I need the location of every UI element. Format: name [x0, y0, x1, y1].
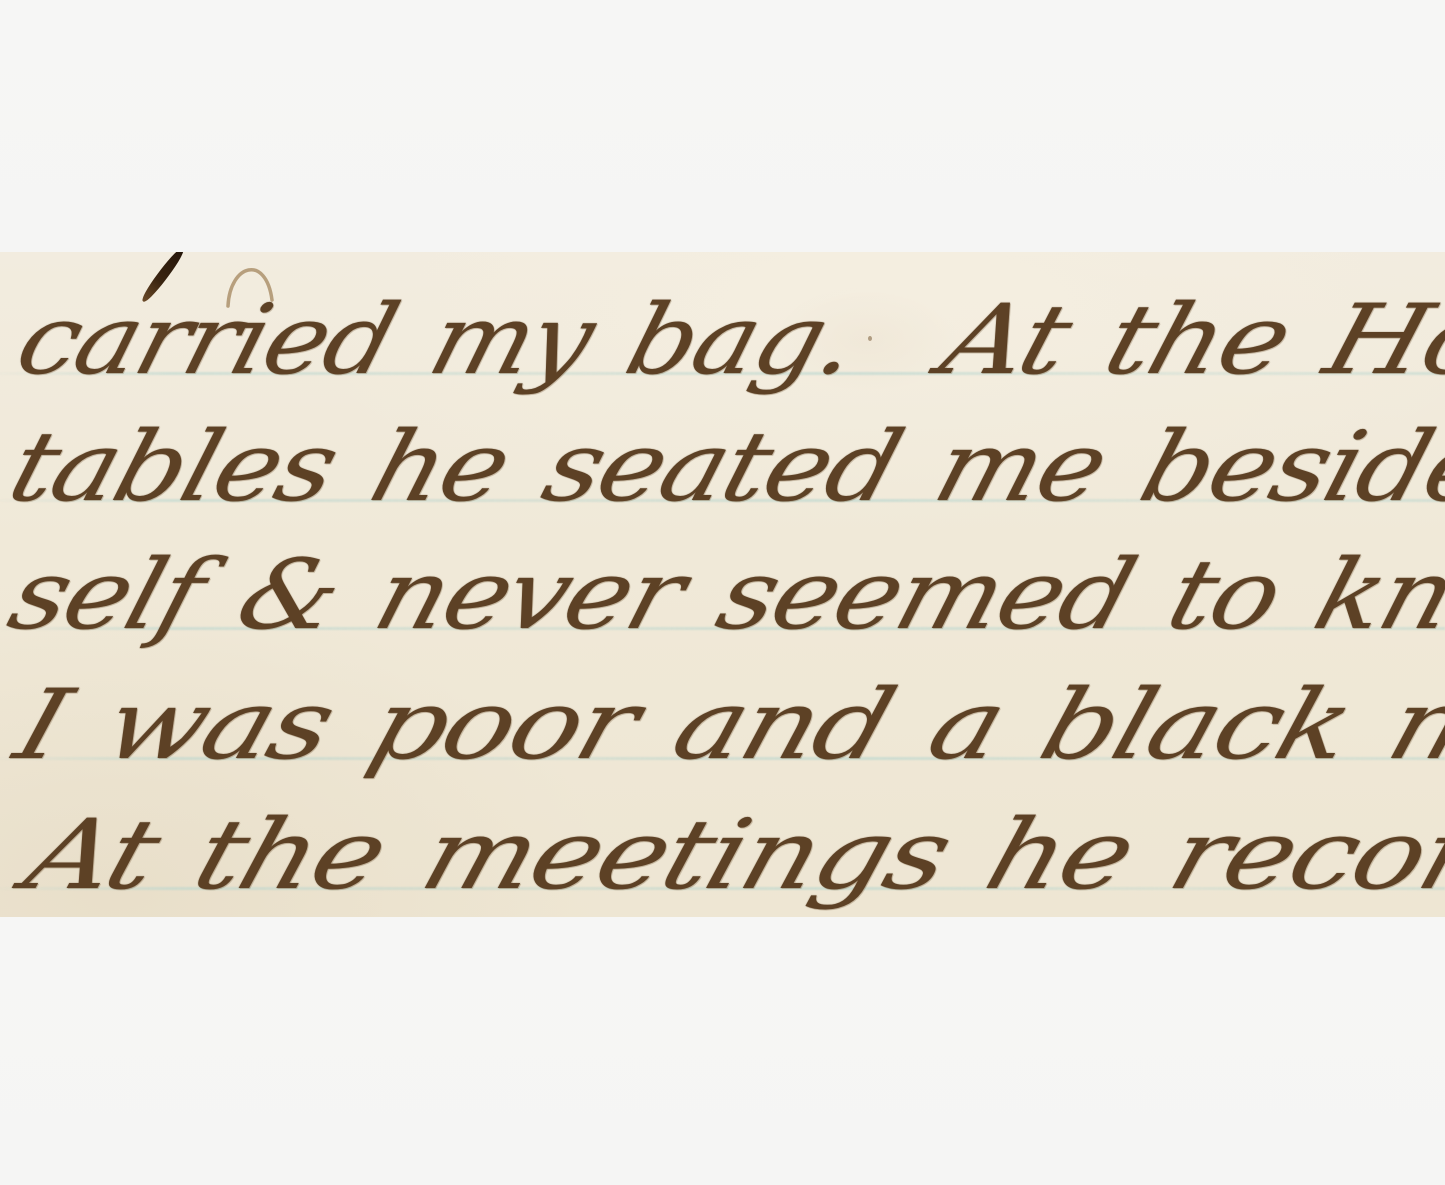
handwriting-segment: tables he seated me beside — [0, 418, 1445, 515]
handwriting-line-3: self & never seemed to kno — [0, 559, 1154, 643]
handwriting-segment: self & never seemed to kno — [0, 546, 1445, 643]
matte-bar-bottom — [0, 917, 1445, 1185]
manuscript-photo: carried my bag. At the Ho tables he seat… — [0, 252, 1445, 917]
matte-bar-top — [0, 0, 1445, 252]
handwriting-line-5: At the meetings he recom — [16, 819, 1099, 903]
handwriting-line-4: I was poor and a black m — [6, 689, 1076, 773]
ink-speck — [868, 336, 872, 341]
handwriting-segment: carried my bag. — [8, 291, 866, 388]
handwriting-segment: At the meetings he recom — [16, 806, 1445, 903]
screenshot-stage: carried my bag. At the Ho tables he seat… — [0, 0, 1445, 1185]
handwriting-segment: At the Ho — [932, 291, 1445, 388]
handwriting-segment: I was poor and a black m — [6, 676, 1445, 773]
handwriting-line-1: carried my bag. At the Ho — [8, 304, 667, 388]
handwriting-line-2: tables he seated me beside — [0, 431, 1134, 515]
